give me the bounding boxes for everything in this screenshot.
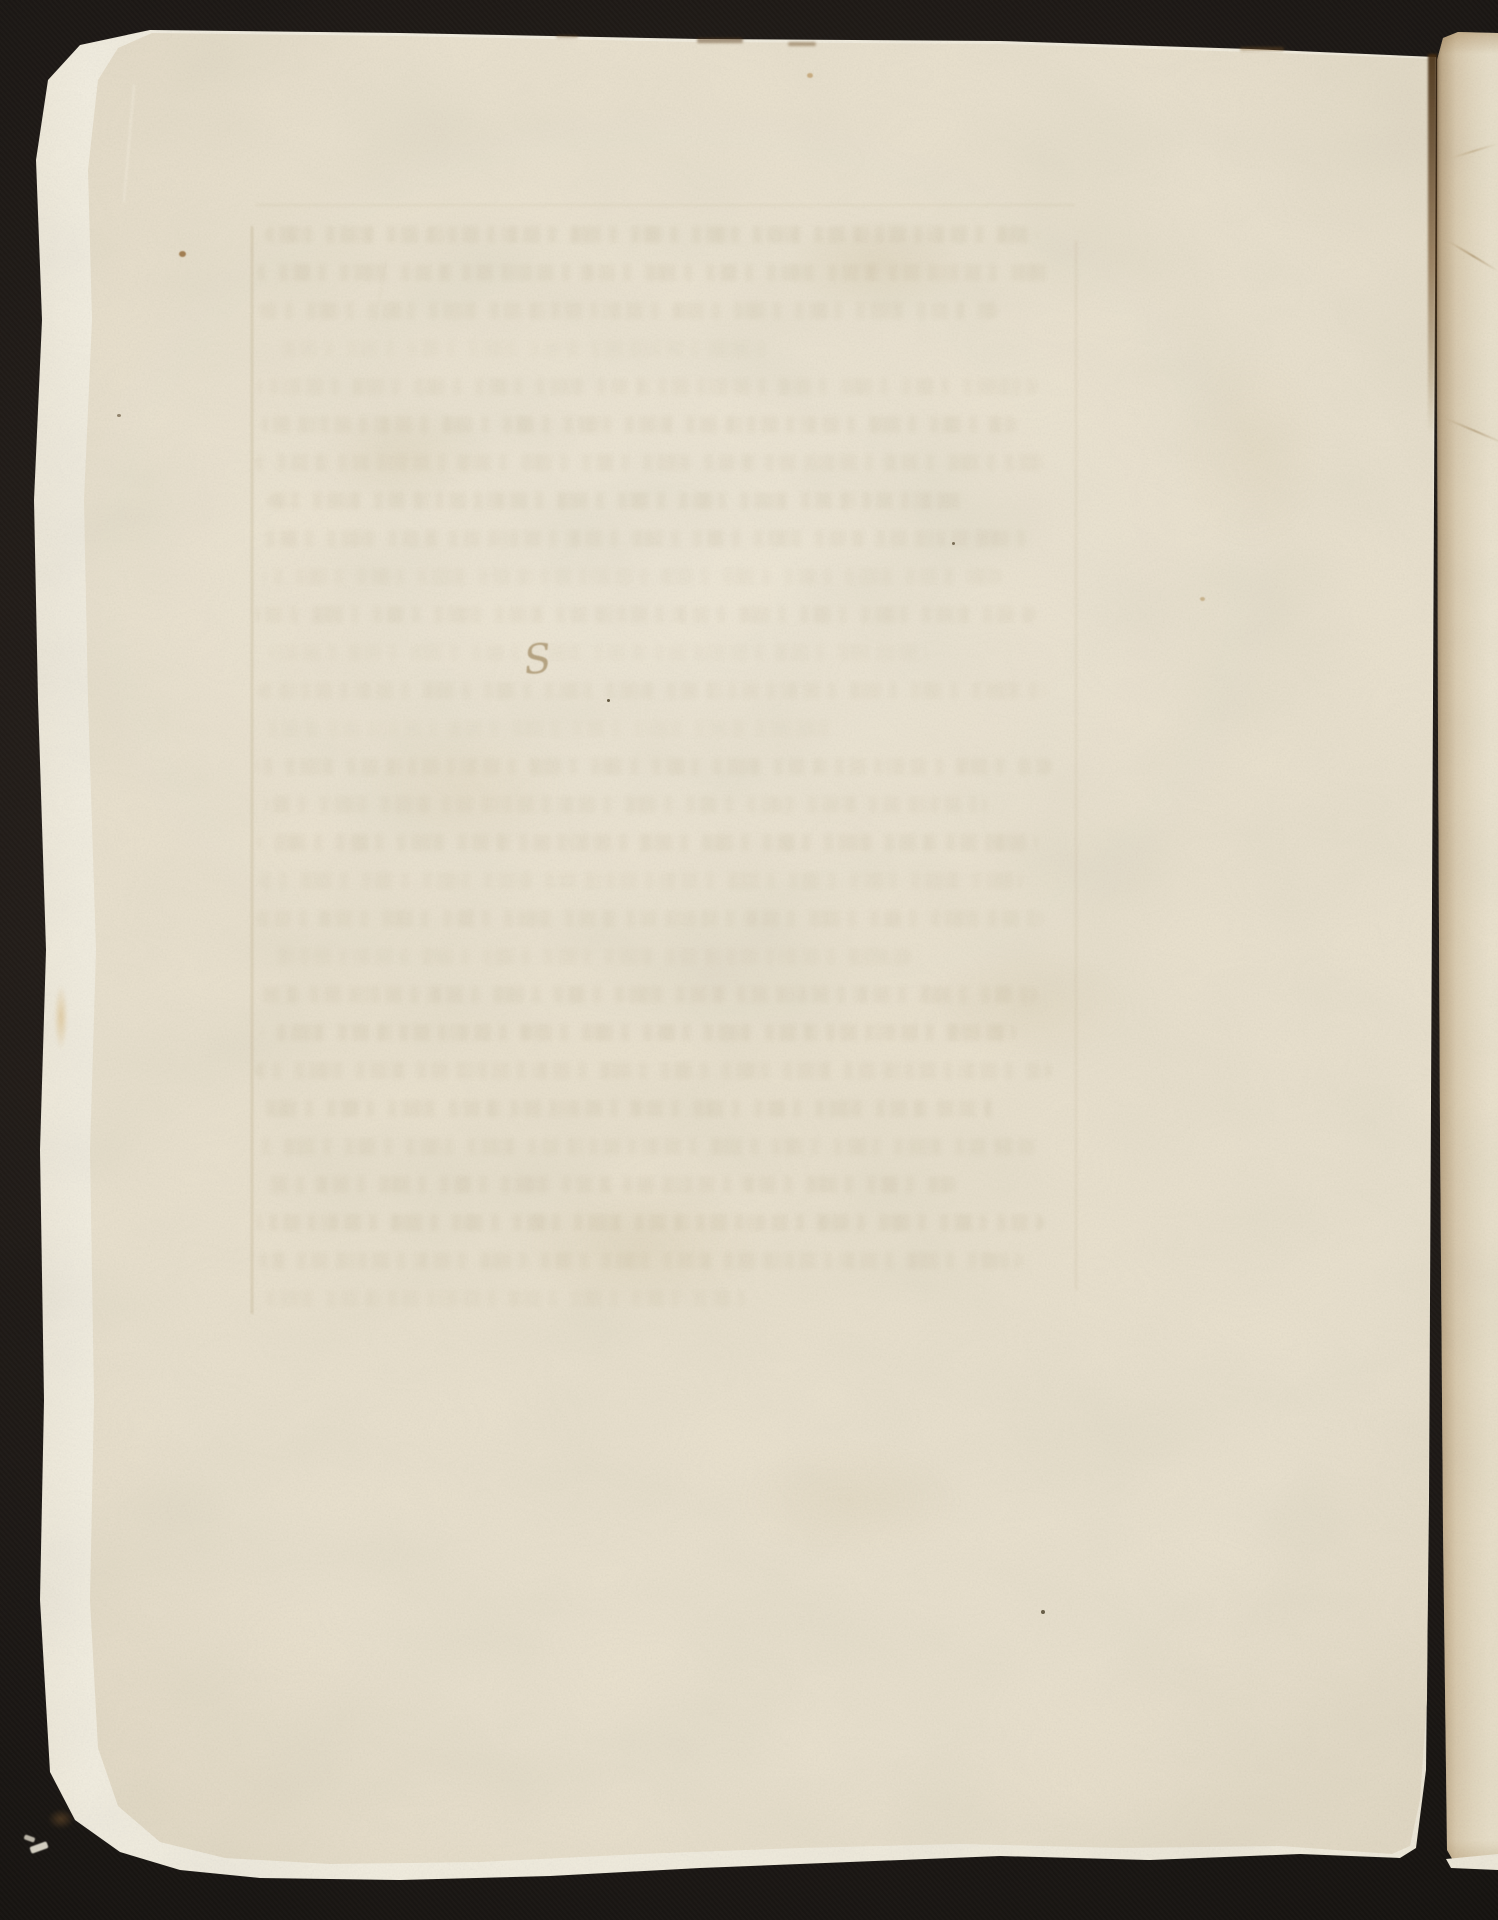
crease-line (1451, 143, 1497, 159)
impression-top-edge (255, 204, 1075, 206)
crease-line (1444, 417, 1498, 445)
paper-fiber (29, 1841, 48, 1854)
toning-mottle (900, 930, 1160, 1080)
ink-squiggle-s: S (522, 639, 552, 681)
edge-soil-dash (697, 38, 743, 43)
toning-mottle (330, 700, 600, 870)
corner-smudge (44, 1806, 78, 1832)
blemish-layer: S (0, 0, 1498, 1920)
dust-speck (607, 699, 610, 702)
edge-soil-dash (1240, 47, 1284, 51)
surface-scratch (123, 84, 135, 202)
toning-mottle (700, 1420, 1000, 1580)
dust-speck (117, 414, 121, 417)
crease-line (1448, 240, 1498, 272)
scanned-book-photo: S (0, 0, 1498, 1920)
toning-mottle (1150, 320, 1350, 580)
edge-soil-dash (788, 42, 816, 46)
fox-spot (807, 73, 813, 78)
toning-mottle (760, 205, 990, 325)
dust-speck (1041, 1610, 1045, 1614)
fox-spot (1200, 597, 1205, 601)
toning-mottle (300, 390, 510, 520)
margin-impression-left (251, 226, 253, 1314)
edge-stain (52, 975, 70, 1060)
margin-impression-right (1075, 240, 1077, 1290)
surface-scratch (374, 258, 387, 321)
paper-fiber (23, 1834, 35, 1842)
dust-speck (952, 542, 955, 545)
edge-soil-dash (556, 35, 578, 38)
fox-spot (179, 251, 186, 257)
toning-mottle (480, 1160, 800, 1330)
